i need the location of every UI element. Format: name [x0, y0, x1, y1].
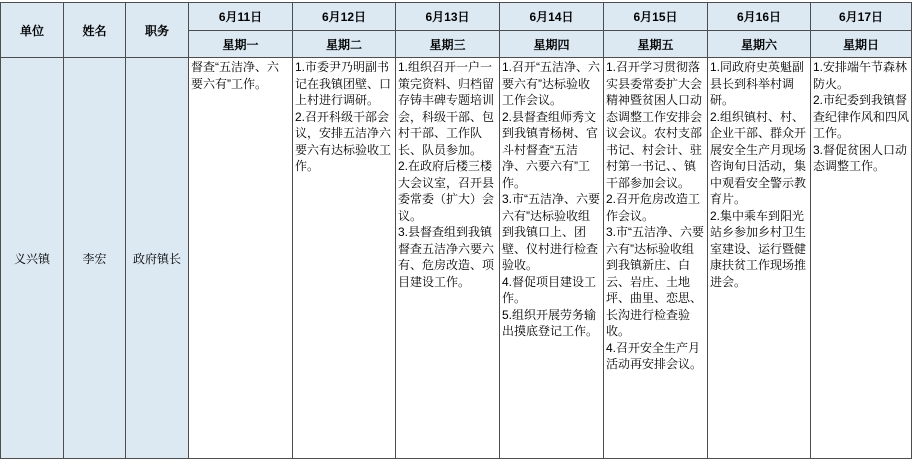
header-cell-weekday-sun: 星期日 [811, 31, 912, 58]
schedule-sheet: 单位 姓名 职务 6月11日 6月12日 6月13日 6月14日 6月15日 6… [0, 0, 912, 463]
header-cell-date-mon: 6月11日 [189, 3, 293, 31]
header-cell-weekday-thu: 星期四 [500, 31, 604, 58]
weekly-schedule-table: 单位 姓名 职务 6月11日 6月12日 6月13日 6月14日 6月15日 6… [0, 2, 912, 459]
header-cell-weekday-wed: 星期三 [396, 31, 500, 58]
header-cell-date-sat: 6月16日 [708, 3, 811, 31]
header-cell-unit: 单位 [1, 3, 64, 58]
day-entry-cell-mon: 督查“五洁净、六要六有”工作。 [189, 58, 293, 459]
header-row-dates: 单位 姓名 职务 6月11日 6月12日 6月13日 6月14日 6月15日 6… [1, 3, 912, 31]
day-entry-cell-wed: 1.组织召开一户一策完资料、归档留存铸丰碑专题培训会，科级干部、包村干部、工作队… [396, 58, 500, 459]
header-cell-weekday-sat: 星期六 [708, 31, 811, 58]
header-cell-date-tue: 6月12日 [293, 3, 396, 31]
name-cell: 李宏 [64, 58, 126, 459]
day-entry-cell-sun: 1.安排端午节森林防火。 2.市纪委到我镇督查纪律作风和四风工作。 3.督促贫困… [811, 58, 912, 459]
header-cell-date-thu: 6月14日 [500, 3, 604, 31]
header-cell-weekday-tue: 星期二 [293, 31, 396, 58]
header-cell-title: 职务 [126, 3, 189, 58]
header-cell-date-fri: 6月15日 [604, 3, 708, 31]
header-cell-date-sun: 6月17日 [811, 3, 912, 31]
day-entry-cell-fri: 1.召开学习贯彻落实县委常委扩大会精神暨贫困人口动态调整工作安排会议会议。农村支… [604, 58, 708, 459]
title-cell: 政府镇长 [126, 58, 189, 459]
header-cell-weekday-fri: 星期五 [604, 31, 708, 58]
unit-cell: 义兴镇 [1, 58, 64, 459]
schedule-row: 义兴镇 李宏 政府镇长 督查“五洁净、六要六有”工作。 1.市委尹乃明副书记在我… [1, 58, 912, 459]
header-cell-name: 姓名 [64, 3, 126, 58]
day-entry-cell-thu: 1.召开“五洁净、六要六有”达标验收工作会议。 2.县督查组师秀文到我镇青杨树、… [500, 58, 604, 459]
day-entry-cell-sat: 1.同政府史英魁副县长到科举村调研。 2.组织镇村、村、企业干部、群众开展安全生… [708, 58, 811, 459]
header-cell-weekday-mon: 星期一 [189, 31, 293, 58]
day-entry-cell-tue: 1.市委尹乃明副书记在我镇团壁、口上村进行调研。 2.召开科级干部会议，安排五洁… [293, 58, 396, 459]
header-cell-date-wed: 6月13日 [396, 3, 500, 31]
